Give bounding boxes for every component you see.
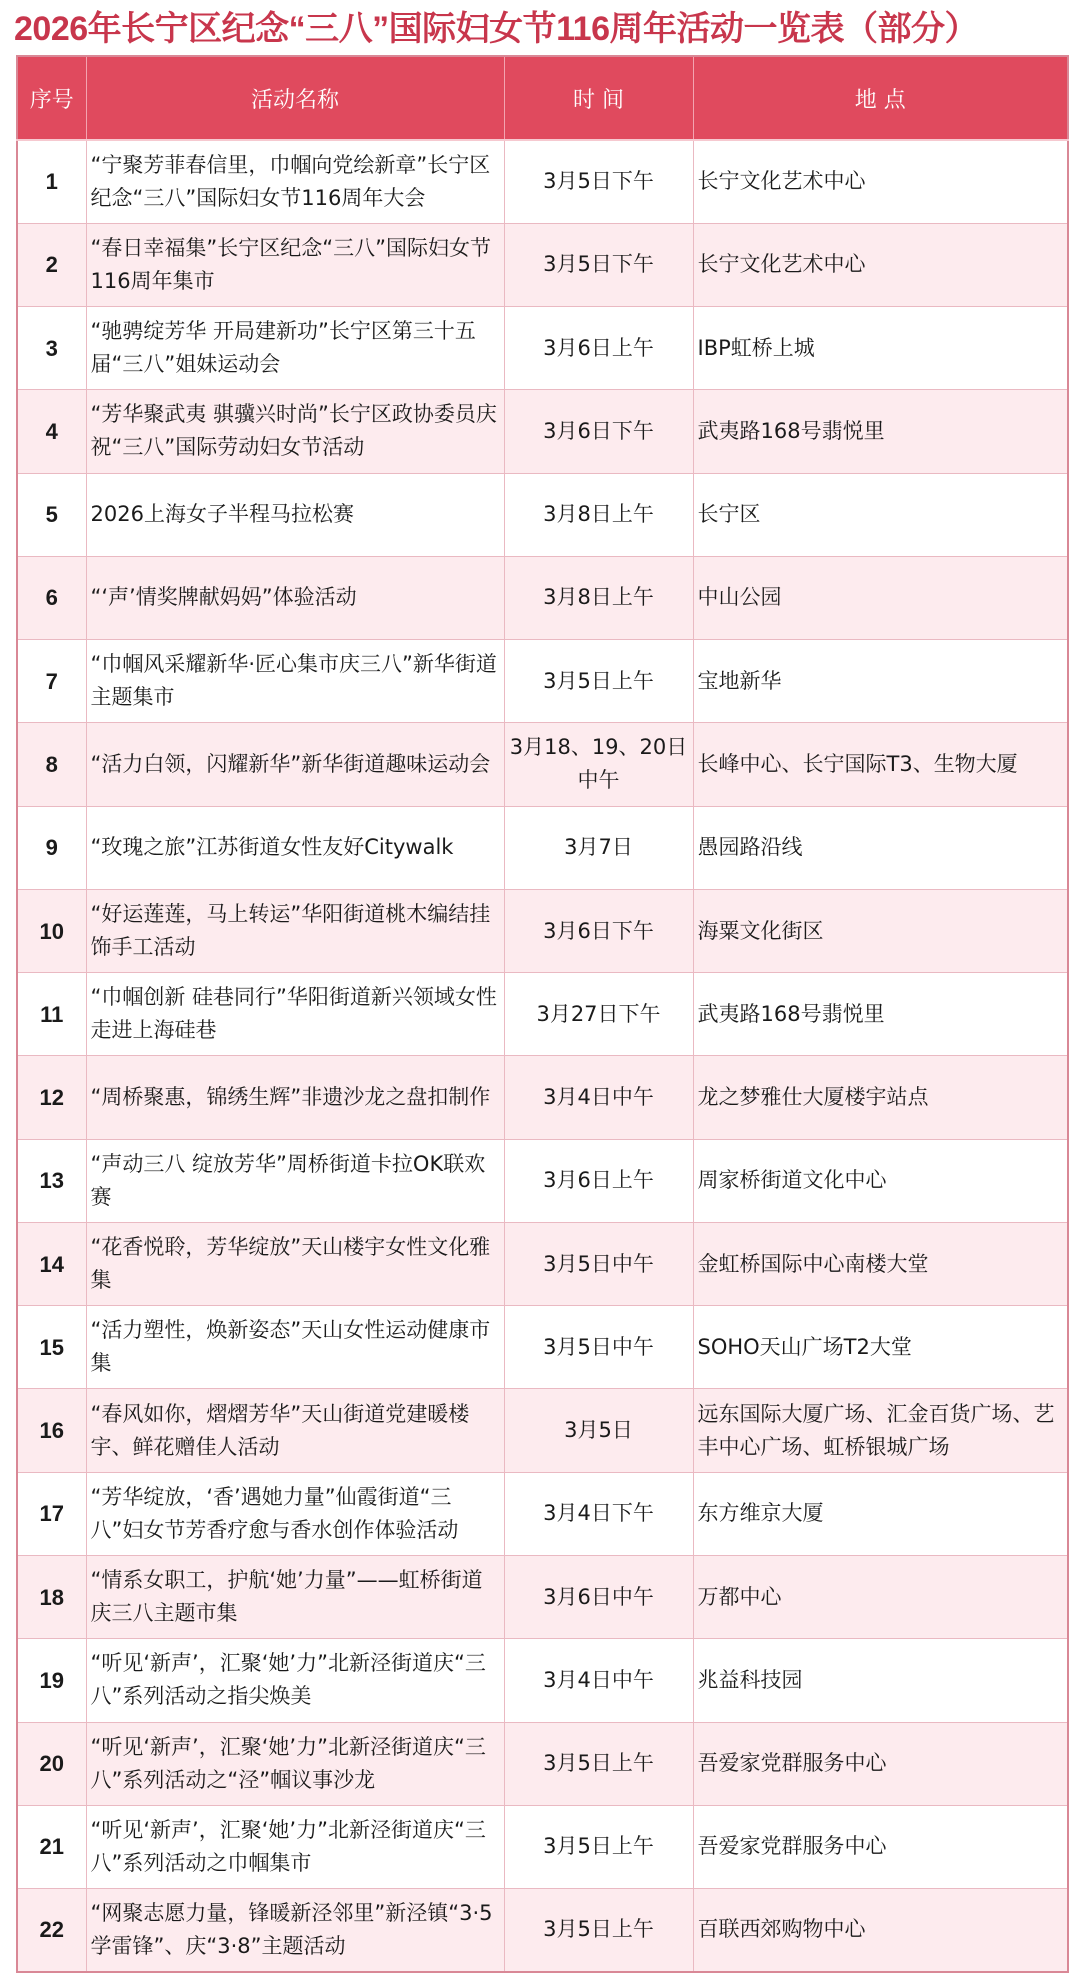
table-row: 10“好运莲莲，马上转运”华阳街道桃木编结挂饰手工活动3月6日下午海粟文化街区 (17, 889, 1068, 972)
activity-name: “春日幸福集”长宁区纪念“三八”国际妇女节116周年集市 (86, 223, 504, 306)
row-index: 11 (17, 973, 86, 1056)
activity-name: “周桥聚惠，锦绣生辉”非遗沙龙之盘扣制作 (86, 1056, 504, 1139)
table-row: 4“芳华聚武夷 骐骥兴时尚”长宁区政协委员庆祝“三八”国际劳动妇女节活动3月6日… (17, 390, 1068, 473)
header-activity-name: 活动名称 (86, 56, 504, 140)
activity-name: “听见‘新声’，汇聚‘她’力”北新泾街道庆“三八”系列活动之“泾”帼议事沙龙 (86, 1722, 504, 1805)
activity-location: 中山公园 (693, 556, 1068, 639)
table-row: 14“花香悦聆，芳华绽放”天山楼宇女性文化雅集3月5日中午金虹桥国际中心南楼大堂 (17, 1222, 1068, 1305)
activity-location: 金虹桥国际中心南楼大堂 (693, 1222, 1068, 1305)
activity-location: SOHO天山广场T2大堂 (693, 1306, 1068, 1389)
table-header-row: 序号 活动名称 时 间 地 点 (17, 56, 1068, 140)
activity-name: “宁聚芳菲春信里，巾帼向党绘新章”长宁区纪念“三八”国际妇女节116周年大会 (86, 140, 504, 223)
table-row: 6“‘声’情奖牌献妈妈”体验活动3月8日上午中山公园 (17, 556, 1068, 639)
row-index: 16 (17, 1389, 86, 1472)
row-index: 13 (17, 1139, 86, 1222)
activity-name: 2026上海女子半程马拉松赛 (86, 473, 504, 556)
activity-location: 龙之梦雅仕大厦楼宇站点 (693, 1056, 1068, 1139)
table-row: 8“活力白领，闪耀新华”新华街道趣味运动会3月18、19、20日中午长峰中心、长… (17, 723, 1068, 806)
table-row: 9“玫瑰之旅”江苏街道女性友好Citywalk3月7日愚园路沿线 (17, 806, 1068, 889)
activity-location: 武夷路168号翡悦里 (693, 390, 1068, 473)
activity-location: 长宁文化艺术中心 (693, 223, 1068, 306)
activity-location: 万都中心 (693, 1556, 1068, 1639)
table-row: 18“情系女职工，护航‘她’力量”——虹桥街道庆三八主题市集3月6日中午万都中心 (17, 1556, 1068, 1639)
activity-time: 3月5日上午 (504, 640, 693, 723)
activity-name: “驰骋绽芳华 开局建新功”长宁区第三十五届“三八”姐妹运动会 (86, 307, 504, 390)
page-title: 2026年长宁区纪念“三八”国际妇女节116周年活动一览表（部分） (14, 4, 1074, 54)
activities-table: 序号 活动名称 时 间 地 点 1“宁聚芳菲春信里，巾帼向党绘新章”长宁区纪念“… (16, 55, 1069, 1973)
activity-name: “巾帼风采耀新华·匠心集市庆三八”新华街道主题集市 (86, 640, 504, 723)
activity-time: 3月5日上午 (504, 1805, 693, 1888)
activity-name: “巾帼创新 硅巷同行”华阳街道新兴领域女性走进上海硅巷 (86, 973, 504, 1056)
row-index: 1 (17, 140, 86, 223)
activity-location: 吾爱家党群服务中心 (693, 1805, 1068, 1888)
activity-time: 3月5日 (504, 1389, 693, 1472)
table-row: 19“听见‘新声’，汇聚‘她’力”北新泾街道庆“三八”系列活动之指尖焕美3月4日… (17, 1639, 1068, 1722)
activity-time: 3月6日上午 (504, 307, 693, 390)
activity-time: 3月5日上午 (504, 1889, 693, 1972)
table-row: 15“活力塑性，焕新姿态”天山女性运动健康市集3月5日中午SOHO天山广场T2大… (17, 1306, 1068, 1389)
activity-location: 宝地新华 (693, 640, 1068, 723)
row-index: 14 (17, 1222, 86, 1305)
row-index: 20 (17, 1722, 86, 1805)
activity-location: 吾爱家党群服务中心 (693, 1722, 1068, 1805)
activity-name: “声动三八 绽放芳华”周桥街道卡拉OK联欢赛 (86, 1139, 504, 1222)
table-row: 20“听见‘新声’，汇聚‘她’力”北新泾街道庆“三八”系列活动之“泾”帼议事沙龙… (17, 1722, 1068, 1805)
activity-name: “活力塑性，焕新姿态”天山女性运动健康市集 (86, 1306, 504, 1389)
activity-time: 3月4日下午 (504, 1472, 693, 1555)
row-index: 4 (17, 390, 86, 473)
activity-time: 3月8日上午 (504, 556, 693, 639)
row-index: 9 (17, 806, 86, 889)
activity-time: 3月5日下午 (504, 140, 693, 223)
row-index: 6 (17, 556, 86, 639)
row-index: 15 (17, 1306, 86, 1389)
header-location: 地 点 (693, 56, 1068, 140)
row-index: 10 (17, 889, 86, 972)
activity-name: “芳华聚武夷 骐骥兴时尚”长宁区政协委员庆祝“三八”国际劳动妇女节活动 (86, 390, 504, 473)
activity-time: 3月6日上午 (504, 1139, 693, 1222)
table-row: 17“芳华绽放，‘香’遇她力量”仙霞街道“三八”妇女节芳香疗愈与香水创作体验活动… (17, 1472, 1068, 1555)
row-index: 18 (17, 1556, 86, 1639)
activity-location: 海粟文化街区 (693, 889, 1068, 972)
activity-location: 愚园路沿线 (693, 806, 1068, 889)
table-row: 21“听见‘新声’，汇聚‘她’力”北新泾街道庆“三八”系列活动之巾帼集市3月5日… (17, 1805, 1068, 1888)
row-index: 12 (17, 1056, 86, 1139)
activity-location: 百联西郊购物中心 (693, 1889, 1068, 1972)
table-row: 3“驰骋绽芳华 开局建新功”长宁区第三十五届“三八”姐妹运动会3月6日上午IBP… (17, 307, 1068, 390)
activity-name: “网聚志愿力量，锋暖新泾邻里”新泾镇“3·5学雷锋”、庆“3·8”主题活动 (86, 1889, 504, 1972)
activity-name: “情系女职工，护航‘她’力量”——虹桥街道庆三八主题市集 (86, 1556, 504, 1639)
activity-time: 3月6日下午 (504, 390, 693, 473)
activity-location: 东方维京大厦 (693, 1472, 1068, 1555)
table-row: 52026上海女子半程马拉松赛3月8日上午长宁区 (17, 473, 1068, 556)
table-row: 11“巾帼创新 硅巷同行”华阳街道新兴领域女性走进上海硅巷3月27日下午武夷路1… (17, 973, 1068, 1056)
row-index: 17 (17, 1472, 86, 1555)
row-index: 19 (17, 1639, 86, 1722)
activity-time: 3月6日下午 (504, 889, 693, 972)
activity-location: 周家桥街道文化中心 (693, 1139, 1068, 1222)
row-index: 7 (17, 640, 86, 723)
activity-location: 长宁文化艺术中心 (693, 140, 1068, 223)
row-index: 22 (17, 1889, 86, 1972)
activity-time: 3月5日上午 (504, 1722, 693, 1805)
activity-time: 3月5日中午 (504, 1306, 693, 1389)
activity-location: 兆益科技园 (693, 1639, 1068, 1722)
activity-location: 长宁区 (693, 473, 1068, 556)
activity-name: “花香悦聆，芳华绽放”天山楼宇女性文化雅集 (86, 1222, 504, 1305)
activity-time: 3月27日下午 (504, 973, 693, 1056)
activity-name: “活力白领，闪耀新华”新华街道趣味运动会 (86, 723, 504, 806)
row-index: 21 (17, 1805, 86, 1888)
row-index: 8 (17, 723, 86, 806)
activity-time: 3月4日中午 (504, 1056, 693, 1139)
activity-time: 3月5日下午 (504, 223, 693, 306)
activity-name: “听见‘新声’，汇聚‘她’力”北新泾街道庆“三八”系列活动之指尖焕美 (86, 1639, 504, 1722)
activity-name: “玫瑰之旅”江苏街道女性友好Citywalk (86, 806, 504, 889)
table-row: 22“网聚志愿力量，锋暖新泾邻里”新泾镇“3·5学雷锋”、庆“3·8”主题活动3… (17, 1889, 1068, 1972)
table-body: 1“宁聚芳菲春信里，巾帼向党绘新章”长宁区纪念“三八”国际妇女节116周年大会3… (17, 140, 1068, 1972)
table-row: 16“春风如你，熠熠芳华”天山街道党建暖楼宇、鲜花赠佳人活动3月5日远东国际大厦… (17, 1389, 1068, 1472)
activity-name: “听见‘新声’，汇聚‘她’力”北新泾街道庆“三八”系列活动之巾帼集市 (86, 1805, 504, 1888)
activity-name: “春风如你，熠熠芳华”天山街道党建暖楼宇、鲜花赠佳人活动 (86, 1389, 504, 1472)
activity-time: 3月6日中午 (504, 1556, 693, 1639)
table-row: 12“周桥聚惠，锦绣生辉”非遗沙龙之盘扣制作3月4日中午龙之梦雅仕大厦楼宇站点 (17, 1056, 1068, 1139)
table-row: 1“宁聚芳菲春信里，巾帼向党绘新章”长宁区纪念“三八”国际妇女节116周年大会3… (17, 140, 1068, 223)
activity-location: IBP虹桥上城 (693, 307, 1068, 390)
activity-location: 长峰中心、长宁国际T3、生物大厦 (693, 723, 1068, 806)
table-row: 7“巾帼风采耀新华·匠心集市庆三八”新华街道主题集市3月5日上午宝地新华 (17, 640, 1068, 723)
table-row: 2“春日幸福集”长宁区纪念“三八”国际妇女节116周年集市3月5日下午长宁文化艺… (17, 223, 1068, 306)
header-time: 时 间 (504, 56, 693, 140)
header-index: 序号 (17, 56, 86, 140)
table-row: 13“声动三八 绽放芳华”周桥街道卡拉OK联欢赛3月6日上午周家桥街道文化中心 (17, 1139, 1068, 1222)
row-index: 2 (17, 223, 86, 306)
activity-time: 3月8日上午 (504, 473, 693, 556)
activity-location: 远东国际大厦广场、汇金百货广场、艺丰中心广场、虹桥银城广场 (693, 1389, 1068, 1472)
activity-time: 3月18、19、20日中午 (504, 723, 693, 806)
activity-time: 3月7日 (504, 806, 693, 889)
activity-time: 3月4日中午 (504, 1639, 693, 1722)
activity-location: 武夷路168号翡悦里 (693, 973, 1068, 1056)
row-index: 3 (17, 307, 86, 390)
activity-name: “好运莲莲，马上转运”华阳街道桃木编结挂饰手工活动 (86, 889, 504, 972)
row-index: 5 (17, 473, 86, 556)
activity-name: “‘声’情奖牌献妈妈”体验活动 (86, 556, 504, 639)
activity-name: “芳华绽放，‘香’遇她力量”仙霞街道“三八”妇女节芳香疗愈与香水创作体验活动 (86, 1472, 504, 1555)
activity-time: 3月5日中午 (504, 1222, 693, 1305)
